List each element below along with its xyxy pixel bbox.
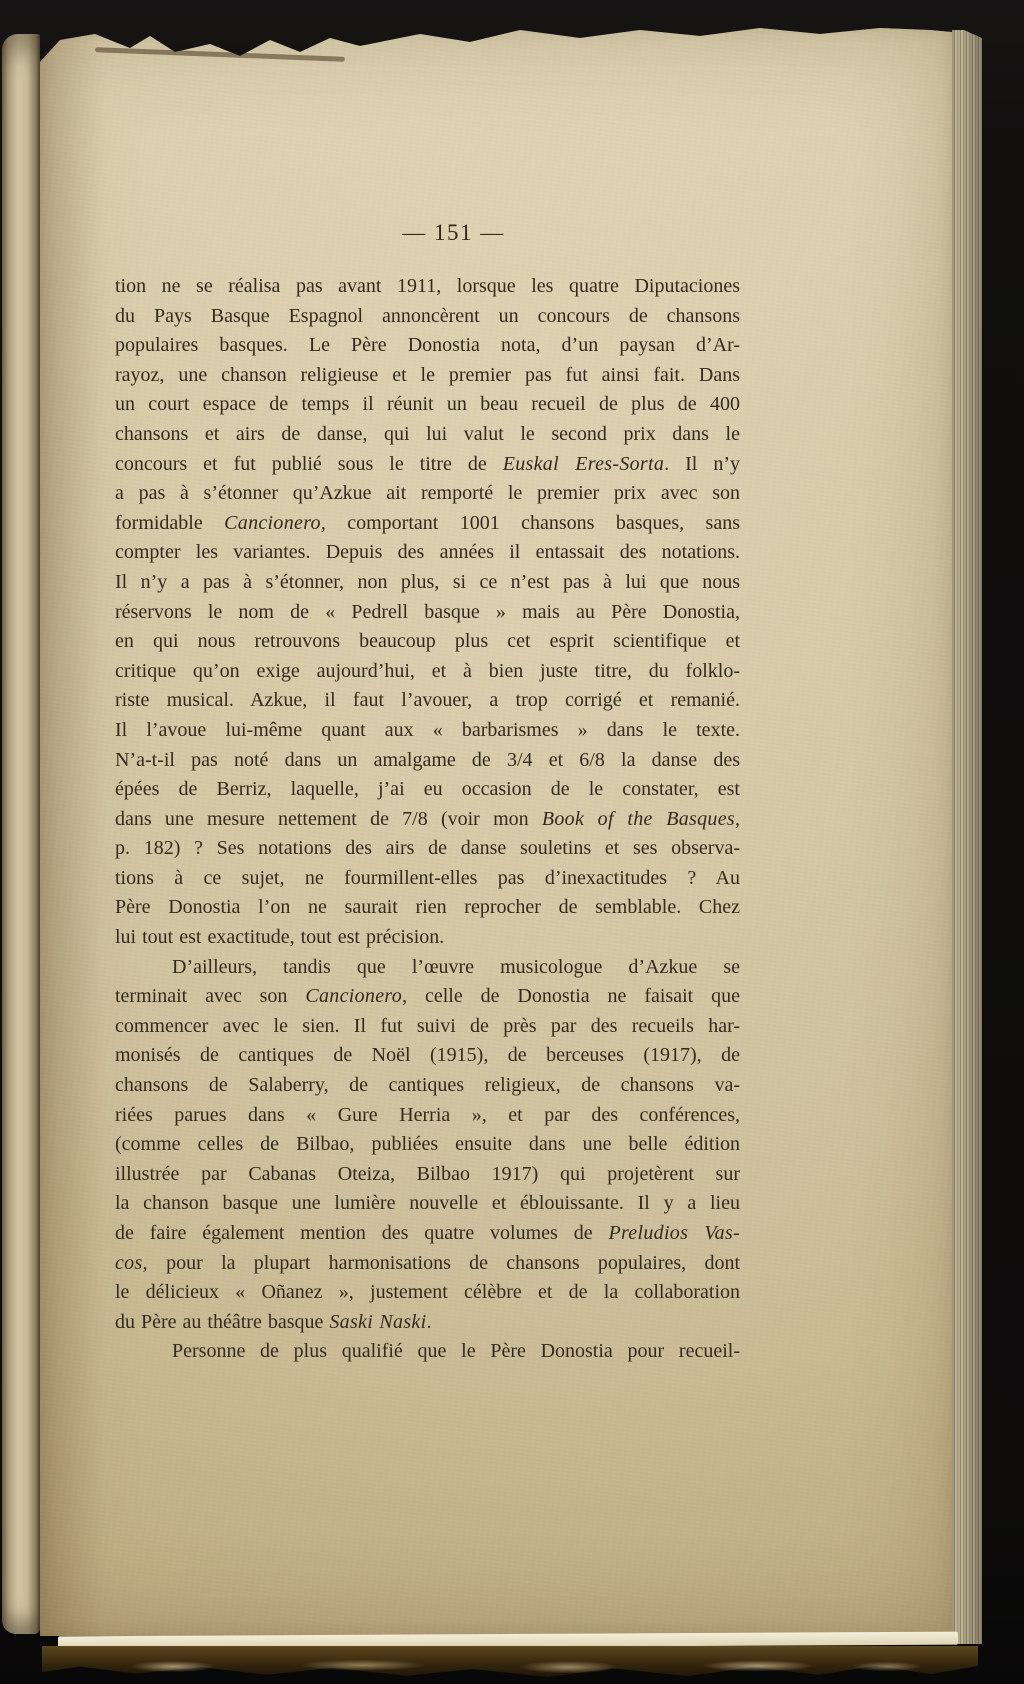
text-line: riste musical. Azkue, il faut l’avouer, … xyxy=(115,686,740,716)
text-line: épées de Berriz, laquelle, j’ai eu occas… xyxy=(115,775,740,805)
text-line: cos, pour la plupart harmonisations de c… xyxy=(115,1249,740,1279)
text-line: le délicieux « Oñanez », justement célèb… xyxy=(115,1278,740,1308)
text-segment: commencer avec le sien. Il fut suivi de … xyxy=(115,1015,740,1037)
text-segment: lui tout est exactitude, tout est précis… xyxy=(115,926,444,948)
italic-text: Book of the Basques xyxy=(542,808,735,830)
text-line: Il l’avoue lui-même quant aux « barbaris… xyxy=(115,716,740,746)
gutter-page-edge xyxy=(2,34,40,1634)
text-line: (comme celles de Bilbao, publiées ensuit… xyxy=(115,1130,740,1160)
text-line: Personne de plus qualifié que le Père Do… xyxy=(115,1337,740,1367)
text-line: de faire également mention des quatre vo… xyxy=(115,1219,740,1249)
text-segment: réservons le nom de « Pedrell basque » m… xyxy=(115,601,740,623)
italic-text: Cancionero xyxy=(305,985,402,1007)
text-line: tion ne se réalisa pas avant 1911, lorsq… xyxy=(115,272,740,302)
text-segment: tions à ce sujet, ne fourmillent-elles p… xyxy=(115,867,740,889)
text-line: compter les variantes. Depuis des années… xyxy=(115,538,740,568)
text-segment: pour la plupart harmonisations de chanso… xyxy=(148,1252,740,1274)
text-segment: dans une mesure nettement de 7/8 (voir m… xyxy=(115,808,542,830)
text-segment: chansons et airs de danse, qui lui valut… xyxy=(115,423,740,445)
text-line: a pas à s’étonner qu’Azkue ait remporté … xyxy=(115,479,740,509)
fore-edge-page-stack xyxy=(952,30,982,1644)
text-line: D’ailleurs, tandis que l’œuvre musicolog… xyxy=(115,953,740,983)
text-segment: Il n’y a pas à s’étonner, non plus, si c… xyxy=(115,571,740,593)
text-line: monisés de cantiques de Noël (1915), de … xyxy=(115,1041,740,1071)
text-segment: compter les variantes. Depuis des années… xyxy=(115,541,740,563)
text-line: dans une mesure nettement de 7/8 (voir m… xyxy=(115,805,740,835)
italic-text: Euskal Eres-Sorta xyxy=(503,453,664,475)
text-line: N’a-t-il pas noté dans un amalgame de 3/… xyxy=(115,746,740,776)
text-line: du Pays Basque Espagnol annoncèrent un c… xyxy=(115,302,740,332)
rough-page-edges xyxy=(70,1660,930,1673)
scene: — 151 — tion ne se réalisa pas avant 191… xyxy=(0,0,1024,1684)
text-segment: critique qu’on exige aujourd’hui, et à b… xyxy=(115,660,740,682)
text-line: p. 182) ? Ses notations des airs de dans… xyxy=(115,834,740,864)
text-segment: a pas à s’étonner qu’Azkue ait remporté … xyxy=(115,482,740,504)
text-segment: D’ailleurs, tandis que l’œuvre musicolog… xyxy=(172,956,740,978)
text-line: réservons le nom de « Pedrell basque » m… xyxy=(115,598,740,628)
text-segment: , celle de Donostia ne faisait que xyxy=(402,985,740,1007)
text-line: critique qu’on exige aujourd’hui, et à b… xyxy=(115,657,740,687)
text-line: tions à ce sujet, ne fourmillent-elles p… xyxy=(115,864,740,894)
text-segment: illustrée par Cabanas Oteiza, Bilbao 191… xyxy=(115,1163,740,1185)
text-line: du Père au théâtre basque Saski Naski. xyxy=(115,1308,740,1338)
text-segment: (comme celles de Bilbao, publiées ensuit… xyxy=(115,1133,740,1155)
text-segment: , xyxy=(735,808,740,830)
text-segment: N’a-t-il pas noté dans un amalgame de 3/… xyxy=(115,749,740,771)
text-line: Père Donostia l’on ne saurait rien repro… xyxy=(115,893,740,923)
text-line: terminait avec son Cancionero, celle de … xyxy=(115,982,740,1012)
italic-text: Cancionero xyxy=(224,512,321,534)
text-segment: monisés de cantiques de Noël (1915), de … xyxy=(115,1044,740,1066)
text-segment: en qui nous retrouvons beaucoup plus cet… xyxy=(115,630,740,652)
text-segment: le délicieux « Oñanez », justement célèb… xyxy=(115,1281,740,1303)
text-segment: du Pays Basque Espagnol annoncèrent un c… xyxy=(115,305,740,327)
text-line: chansons et airs de danse, qui lui valut… xyxy=(115,420,740,450)
text-line: illustrée par Cabanas Oteiza, Bilbao 191… xyxy=(115,1160,740,1190)
text-segment: , comportant 1001 chansons basques, sans xyxy=(321,512,740,534)
text-segment: riste musical. Azkue, il faut l’avouer, … xyxy=(115,689,740,711)
page-number: — 151 — xyxy=(141,220,766,246)
text-segment: la chanson basque une lumière nouvelle e… xyxy=(115,1192,740,1214)
text-segment: riées parues dans « Gure Herria », et pa… xyxy=(115,1104,740,1126)
text-segment: de faire également mention des quatre vo… xyxy=(115,1222,608,1244)
text-segment: concours et fut publié sous le titre de xyxy=(115,453,503,475)
book-page: — 151 — tion ne se réalisa pas avant 191… xyxy=(40,28,952,1636)
book-photo: { "scene": { "background_color": "#0d0c0… xyxy=(0,0,1024,1684)
text-line: en qui nous retrouvons beaucoup plus cet… xyxy=(115,627,740,657)
text-line: Il n’y a pas à s’étonner, non plus, si c… xyxy=(115,568,740,598)
text-segment: tion ne se réalisa pas avant 1911, lorsq… xyxy=(115,275,740,297)
text-segment: rayoz, une chanson religieuse et le prem… xyxy=(115,364,740,386)
text-line: formidable Cancionero, comportant 1001 c… xyxy=(115,509,740,539)
text-segment: chansons de Salaberry, de cantiques reli… xyxy=(115,1074,740,1096)
text-segment: Père Donostia l’on ne saurait rien repro… xyxy=(115,896,740,918)
italic-text: Saski Naski xyxy=(329,1311,426,1333)
text-segment: p. 182) ? Ses notations des airs de dans… xyxy=(115,837,740,859)
text-line: concours et fut publié sous le titre de … xyxy=(115,450,740,480)
text-segment: . Il n’y xyxy=(664,453,740,475)
text-line: riées parues dans « Gure Herria », et pa… xyxy=(115,1101,740,1131)
italic-text: Preludios Vas- xyxy=(608,1222,740,1244)
text-segment: populaires basques. Le Père Donostia not… xyxy=(115,334,740,356)
text-segment: . xyxy=(426,1311,431,1333)
text-line: chansons de Salaberry, de cantiques reli… xyxy=(115,1071,740,1101)
text-line: la chanson basque une lumière nouvelle e… xyxy=(115,1189,740,1219)
text-line: populaires basques. Le Père Donostia not… xyxy=(115,331,740,361)
text-segment: terminait avec son xyxy=(115,985,305,1007)
text-line: lui tout est exactitude, tout est précis… xyxy=(115,923,740,953)
text-segment: Personne de plus qualifié que le Père Do… xyxy=(172,1340,740,1362)
text-segment: formidable xyxy=(115,512,224,534)
text-segment: épées de Berriz, laquelle, j’ai eu occas… xyxy=(115,778,740,800)
text-line: un court espace de temps il réunit un be… xyxy=(115,390,740,420)
text-line: commencer avec le sien. Il fut suivi de … xyxy=(115,1012,740,1042)
text-segment: du Père au théâtre basque xyxy=(115,1311,329,1333)
text-line: rayoz, une chanson religieuse et le prem… xyxy=(115,361,740,391)
text-block: tion ne se réalisa pas avant 1911, lorsq… xyxy=(115,272,740,1367)
text-segment: Il l’avoue lui-même quant aux « barbaris… xyxy=(115,719,740,741)
text-segment: un court espace de temps il réunit un be… xyxy=(115,393,740,415)
italic-text: cos, xyxy=(115,1252,148,1274)
